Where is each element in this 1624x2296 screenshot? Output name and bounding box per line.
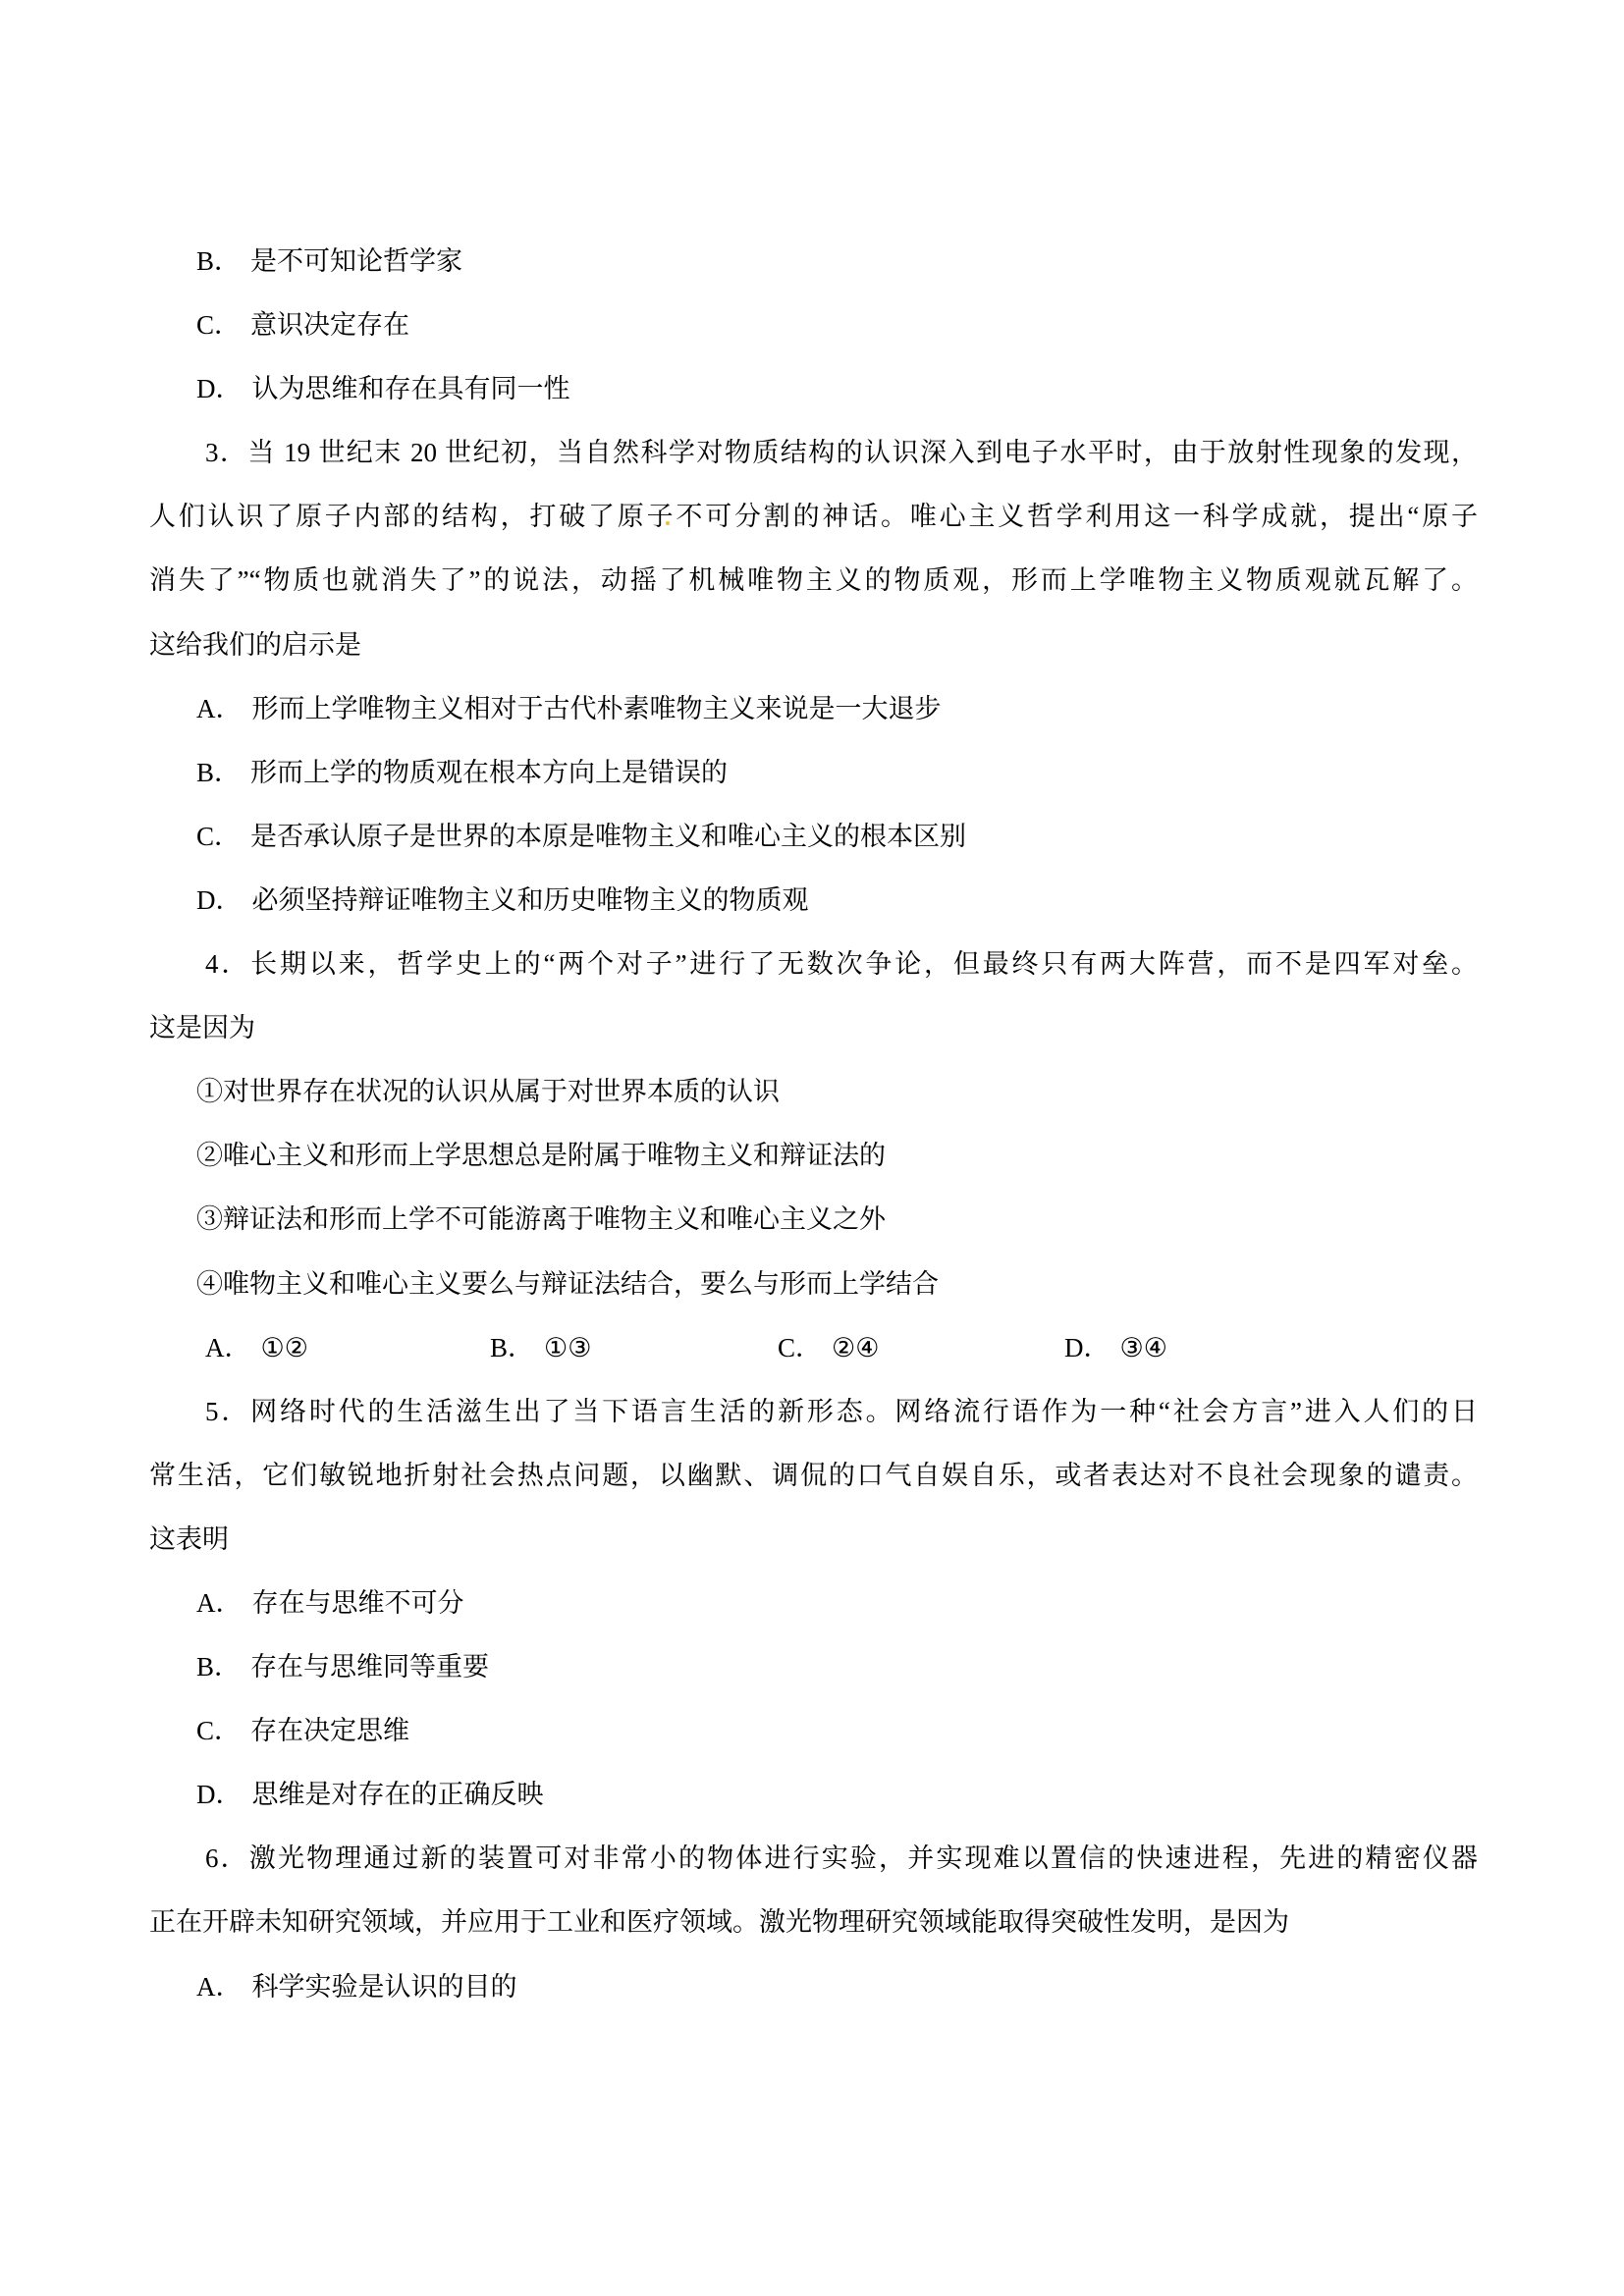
option-text: 存在决定思维	[250, 1716, 409, 1745]
document-page: B．是不可知论哲学家 C．意识决定存在 D．认为思维和存在具有同一性 3．当 1…	[149, 230, 1478, 2019]
q5-option-d: D．思维是对存在的正确反映	[149, 1763, 1478, 1827]
q5-option-c: C．存在决定思维	[149, 1699, 1478, 1763]
q4-options-row: A．①② B．①③ C．②④ D．③④	[149, 1316, 1478, 1380]
q4-statement-2: ②唯心主义和形而上学思想总是附属于唯物主义和辩证法的	[149, 1124, 1478, 1188]
option-label: A．	[196, 1972, 243, 2002]
q4-option-b: B．①③	[490, 1316, 591, 1380]
option-label: C．	[196, 822, 241, 851]
option-text: 科学实验是认识的目的	[252, 1972, 517, 2002]
q3-option-d: D．必须坚持辩证唯物主义和历史唯物主义的物质观	[149, 869, 1478, 933]
q4-statement-4: ④唯物主义和唯心主义要么与辩证法结合，要么与形而上学结合	[149, 1253, 1478, 1316]
option-text: ①②	[261, 1333, 308, 1362]
option-text: ②④	[832, 1333, 879, 1362]
option-text: 是否承认原子是世界的本原是唯物主义和唯心主义的根本区别	[250, 822, 966, 851]
q6-option-a: A．科学实验是认识的目的	[149, 1955, 1478, 2019]
q4-option-a: A．①②	[205, 1316, 308, 1380]
q3-stem-line-1: 3．当 19 世纪末 20 世纪初，当自然科学对物质结构的认识深入到电子水平时，…	[149, 421, 1478, 485]
option-text: 形而上学的物质观在根本方向上是错误的	[250, 758, 728, 787]
q4-option-d: D．③④	[1064, 1316, 1167, 1380]
option-text: 意识决定存在	[250, 310, 409, 340]
q3-stem-line-4: 这给我们的启示是	[149, 614, 1478, 677]
option-label: B．	[490, 1333, 534, 1362]
q5-stem-line-2: 常生活，它们敏锐地折射社会热点问题，以幽默、调侃的口气自娱自乐，或者表达对不良社…	[149, 1444, 1478, 1508]
option-text: 认为思维和存在具有同一性	[252, 374, 570, 403]
option-text: 存在与思维同等重要	[250, 1652, 489, 1682]
q4-statement-1: ①对世界存在状况的认识从属于对世界本质的认识	[149, 1060, 1478, 1124]
option-label: C．	[196, 1716, 241, 1745]
option-text: ①③	[544, 1333, 591, 1362]
option-text: 思维是对存在的正确反映	[252, 1780, 544, 1809]
option-label: A．	[205, 1333, 251, 1362]
option-text: 是不可知论哲学家	[250, 246, 462, 276]
q5-stem-line-1: 5．网络时代的生活滋生出了当下语言生活的新形态。网络流行语作为一种“社会方言”进…	[149, 1380, 1478, 1444]
q4-option-c: C．②④	[778, 1316, 879, 1380]
q5-option-a: A．存在与思维不可分	[149, 1572, 1478, 1635]
q5-stem-line-3: 这表明	[149, 1508, 1478, 1572]
q3-stem-line-2: 人们认识了原子内部的结构，打破了原子不可分割的神话。唯心主义哲学利用这一科学成就…	[149, 485, 1478, 549]
q4-stem-line-2: 这是因为	[149, 996, 1478, 1060]
option-label: B．	[196, 246, 241, 276]
q2-option-b: B．是不可知论哲学家	[149, 230, 1478, 294]
q4-stem-line-1: 4．长期以来，哲学史上的“两个对子”进行了无数次争论，但最终只有两大阵营，而不是…	[149, 933, 1478, 996]
q3-option-b: B．形而上学的物质观在根本方向上是错误的	[149, 741, 1478, 805]
q4-statement-3: ③辩证法和形而上学不可能游离于唯物主义和唯心主义之外	[149, 1188, 1478, 1252]
option-text: 存在与思维不可分	[252, 1588, 464, 1618]
option-label: A．	[196, 1588, 243, 1618]
option-text: ③④	[1120, 1333, 1167, 1362]
option-label: C．	[778, 1333, 822, 1362]
q3-option-a: A．形而上学唯物主义相对于古代朴素唯物主义来说是一大退步	[149, 677, 1478, 741]
option-label: B．	[196, 1652, 241, 1682]
option-text: 必须坚持辩证唯物主义和历史唯物主义的物质观	[252, 885, 809, 915]
option-label: A．	[196, 694, 243, 723]
option-label: C．	[196, 310, 241, 340]
q5-option-b: B．存在与思维同等重要	[149, 1635, 1478, 1699]
q3-stem-line-3: 消失了”“物质也就消失了”的说法，动摇了机械唯物主义的物质观，形而上学唯物主义物…	[149, 549, 1478, 613]
q2-option-d: D．认为思维和存在具有同一性	[149, 357, 1478, 421]
q3-option-c: C．是否承认原子是世界的本原是唯物主义和唯心主义的根本区别	[149, 805, 1478, 869]
option-label: D．	[196, 885, 243, 915]
option-text: 形而上学唯物主义相对于古代朴素唯物主义来说是一大退步	[252, 694, 942, 723]
option-label: D．	[196, 1780, 243, 1809]
option-label: D．	[196, 374, 243, 403]
option-label: D．	[1064, 1333, 1110, 1362]
option-label: B．	[196, 758, 241, 787]
q6-stem-line-1: 6．激光物理通过新的装置可对非常小的物体进行实验，并实现难以置信的快速进程，先进…	[149, 1827, 1478, 1891]
q6-stem-line-2: 正在开辟未知研究领域，并应用于工业和医疗领域。激光物理研究领域能取得突破性发明，…	[149, 1891, 1478, 1954]
q2-option-c: C．意识决定存在	[149, 294, 1478, 357]
